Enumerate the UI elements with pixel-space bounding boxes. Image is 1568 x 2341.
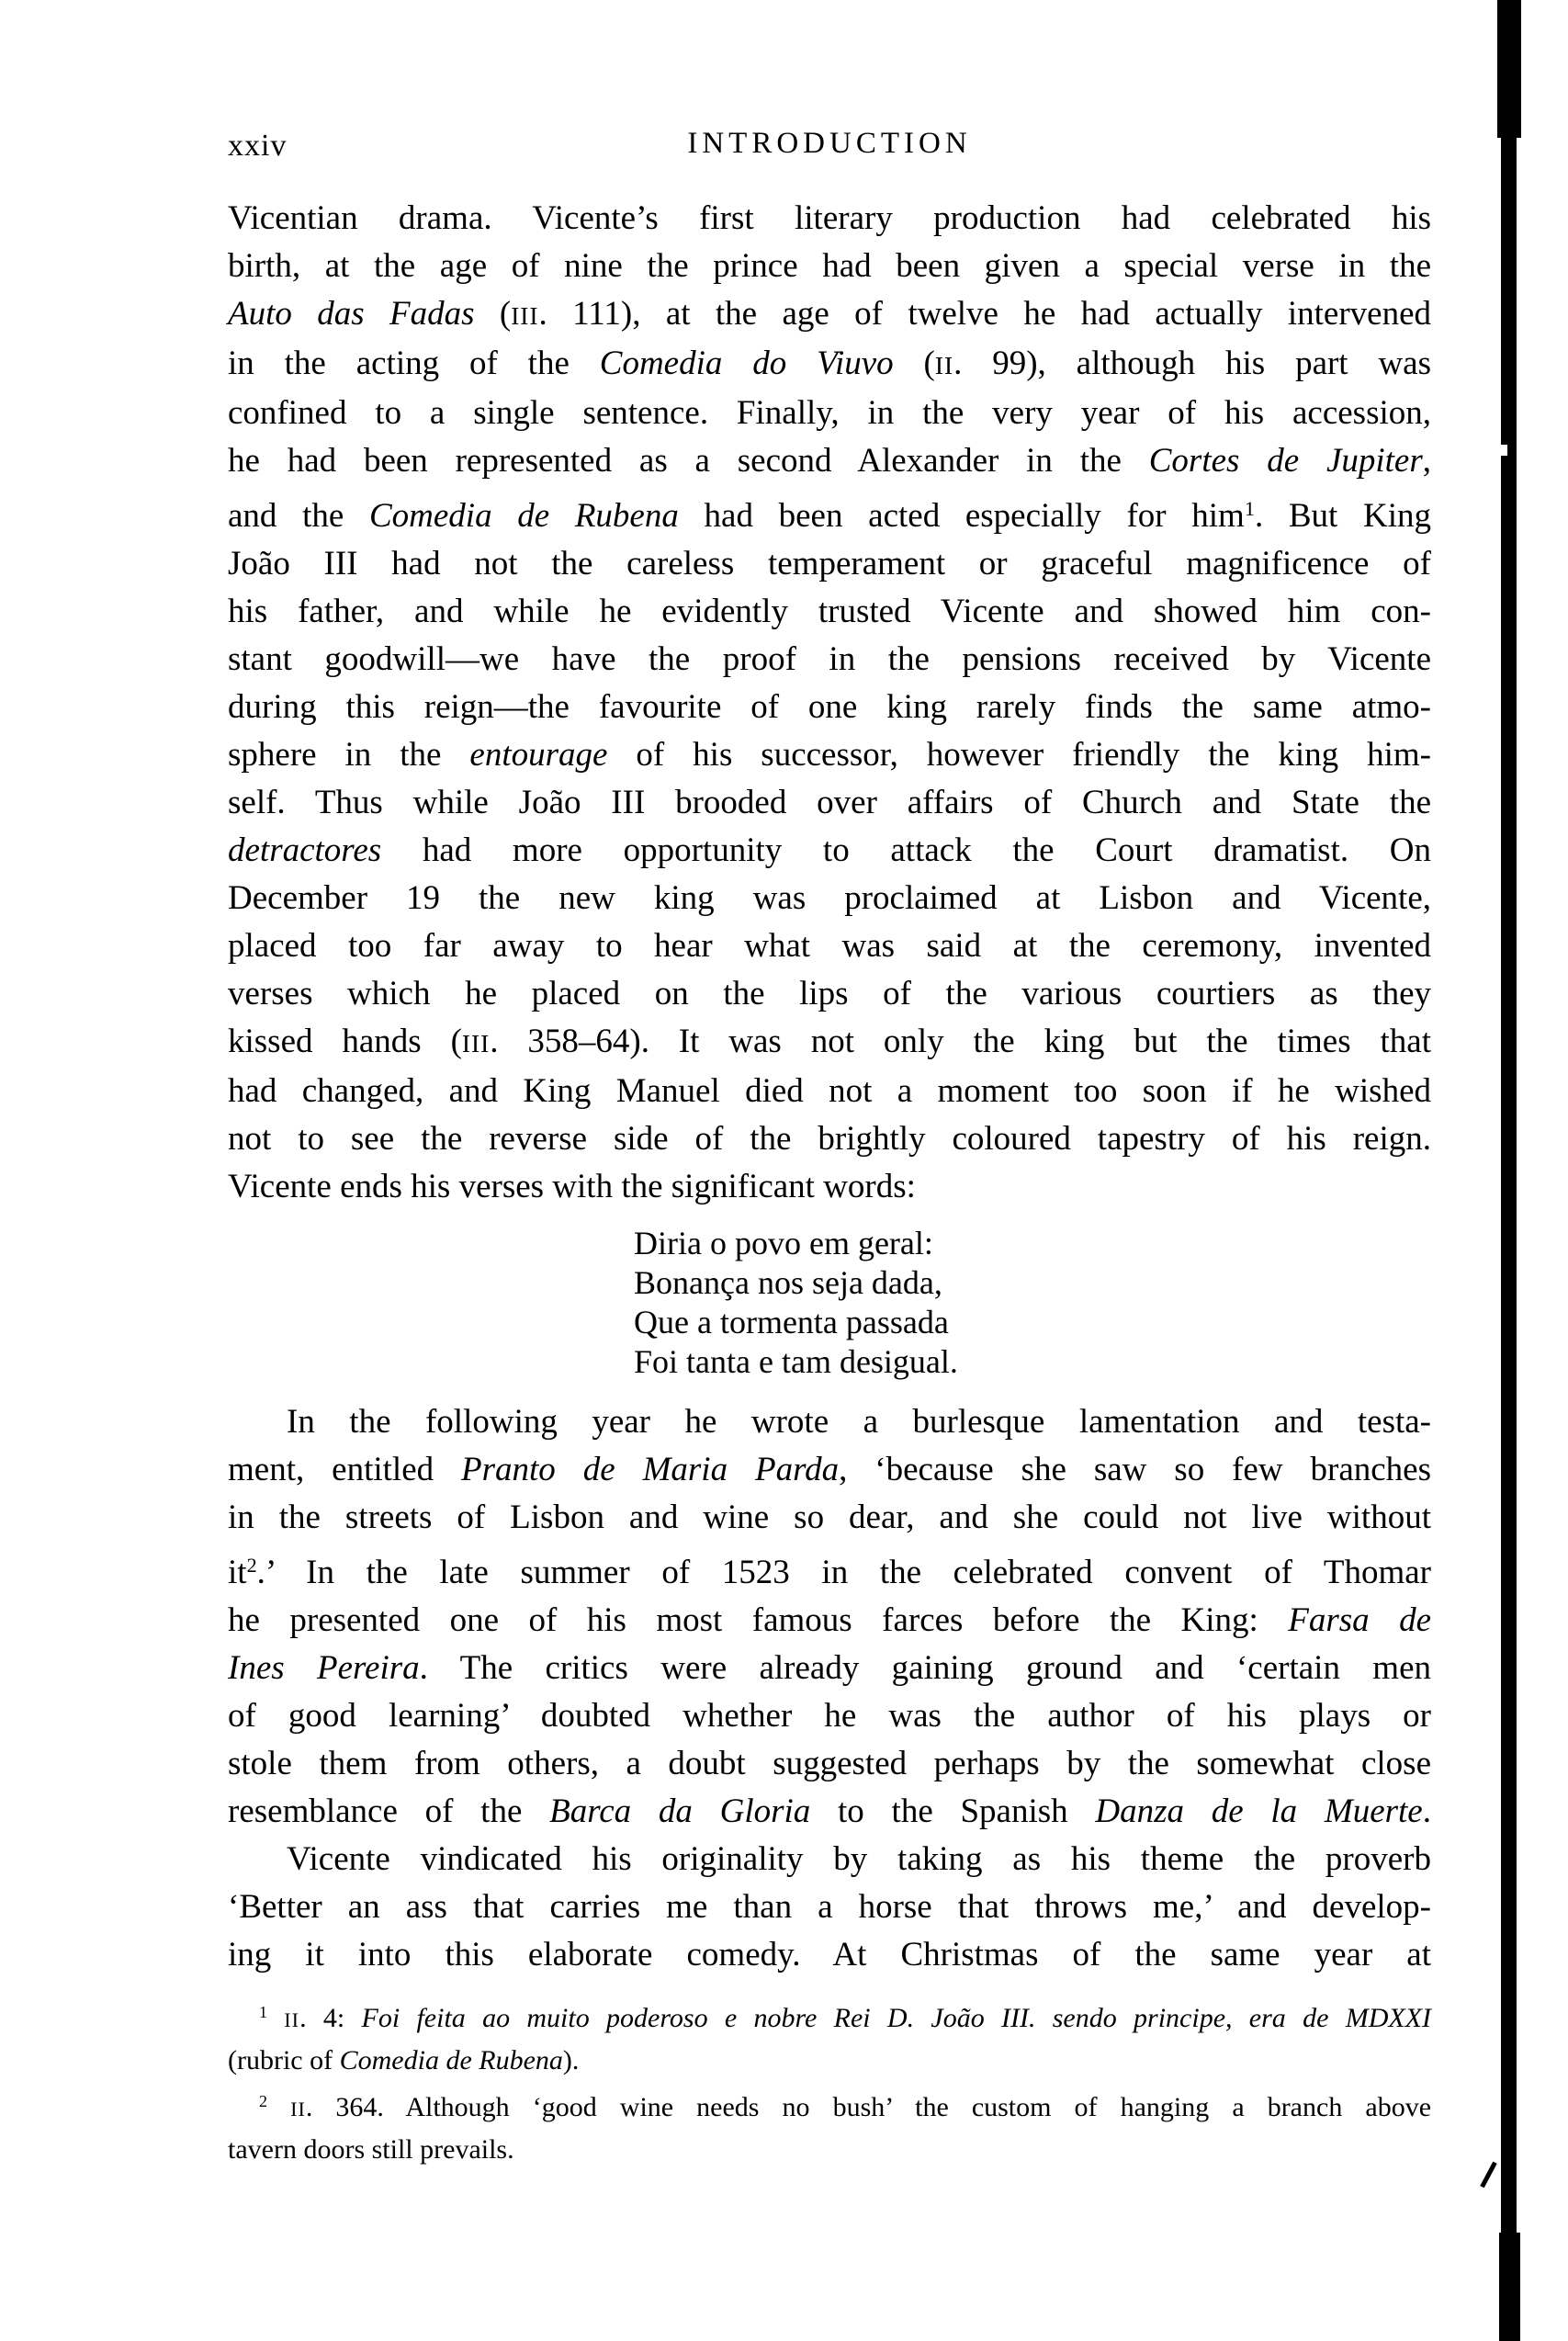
text-run: his father, and while he evidently trust… bbox=[228, 593, 1431, 630]
text-run: of his successor, however friendly the k… bbox=[607, 736, 1431, 774]
scan-edge-bar bbox=[1501, 0, 1517, 2341]
text-run: , bbox=[1423, 442, 1431, 480]
text-run: resemblance of the bbox=[228, 1793, 549, 1830]
text-line: and the Comedia de Rubena had been acted… bbox=[228, 485, 1431, 540]
text-run: he presented one of his most famous farc… bbox=[228, 1601, 1288, 1639]
page-number: xxiv bbox=[228, 129, 287, 164]
paragraph: In the following year he wrote a burlesq… bbox=[228, 1398, 1431, 1836]
text-run: had more opportunity to attack the Court… bbox=[381, 831, 1431, 869]
text-line: ment, entitled Pranto de Maria Parda, ‘b… bbox=[228, 1446, 1431, 1494]
text-run: ing it into this elaborate comedy. At Ch… bbox=[228, 1936, 1431, 1973]
text-run: to the Spanish bbox=[810, 1793, 1095, 1830]
text-line: (rubric of Comedia de Rubena). bbox=[228, 2041, 1431, 2081]
italic-text: Comedia do Viuvo bbox=[600, 345, 894, 382]
text-line: not to see the reverse side of the brigh… bbox=[228, 1115, 1431, 1163]
text-line: detractores had more opportunity to atta… bbox=[228, 827, 1431, 875]
scan-edge-bar-top bbox=[1497, 0, 1521, 138]
small-caps-text: II bbox=[290, 2098, 306, 2120]
text-run: . 358–64). It was not only the king but … bbox=[490, 1023, 1431, 1060]
text-run: of good learning’ doubted whether he was… bbox=[228, 1697, 1431, 1735]
text-line: Bonança nos seja dada, bbox=[634, 1263, 1431, 1303]
text-run: ( bbox=[894, 345, 935, 382]
text-run: In the following year he wrote a burlesq… bbox=[287, 1403, 1431, 1441]
paragraph: Vicentian drama. Vicente’s first literar… bbox=[228, 195, 1431, 1211]
text-run: self. Thus while João III brooded over a… bbox=[228, 784, 1431, 821]
text-run bbox=[267, 2092, 290, 2122]
text-run: .’ In the late summer of 1523 in the cel… bbox=[257, 1554, 1431, 1591]
text-line: Vicentian drama. Vicente’s first literar… bbox=[228, 195, 1431, 243]
text-run: had been acted especially for him bbox=[679, 497, 1245, 535]
italic-text: Comedia de Rubena bbox=[340, 2045, 563, 2075]
text-run: . bbox=[1423, 1793, 1431, 1830]
scan-noise-mark bbox=[1480, 2162, 1496, 2188]
footnote-marker: 2 bbox=[259, 2092, 267, 2110]
text-run: December 19 the new king was proclaimed … bbox=[228, 879, 1431, 917]
text-line: sphere in the entourage of his successor… bbox=[228, 731, 1431, 779]
small-caps-text: II bbox=[935, 352, 953, 379]
text-run: João III had not the careless temperamen… bbox=[228, 545, 1431, 582]
text-run: Que a tormenta passada bbox=[634, 1304, 949, 1340]
text-line: had changed, and King Manuel died not a … bbox=[228, 1068, 1431, 1115]
text-run: Vicente vindicated his originality by ta… bbox=[287, 1840, 1431, 1878]
page-header: xxiv INTRODUCTION bbox=[228, 127, 1431, 173]
text-line: stant goodwill—we have the proof in the … bbox=[228, 636, 1431, 684]
italic-text: detractores bbox=[228, 831, 381, 869]
text-run: . But King bbox=[1255, 497, 1431, 535]
scan-edge-bar-bottom bbox=[1499, 2233, 1520, 2341]
text-run: ‘Better an ass that carries me than a ho… bbox=[228, 1888, 1431, 1926]
text-line: confined to a single sentence. Finally, … bbox=[228, 390, 1431, 437]
italic-text: Danza de la Muerte bbox=[1095, 1793, 1422, 1830]
text-run: he had been represented as a second Alex… bbox=[228, 442, 1149, 480]
text-line: his father, and while he evidently trust… bbox=[228, 588, 1431, 636]
text-run: Foi tanta e tam desigual. bbox=[634, 1343, 958, 1380]
text-run: in the streets of Lisbon and wine so dea… bbox=[228, 1498, 1431, 1536]
text-run: and the bbox=[228, 497, 369, 535]
text-run: ). bbox=[563, 2045, 580, 2075]
text-column: Vicentian drama. Vicente’s first literar… bbox=[228, 195, 1431, 2170]
text-run: tavern doors still prevails. bbox=[228, 2134, 514, 2165]
text-line: of good learning’ doubted whether he was… bbox=[228, 1692, 1431, 1740]
footnote-marker: 2 bbox=[247, 1554, 257, 1577]
text-run: . The critics were already gaining groun… bbox=[420, 1649, 1431, 1687]
verse-block: Diria o povo em geral:Bonança nos seja d… bbox=[634, 1224, 1431, 1382]
running-head: INTRODUCTION bbox=[228, 127, 1431, 161]
text-line: resemblance of the Barca da Gloria to th… bbox=[228, 1788, 1431, 1836]
italic-text: Farsa de bbox=[1288, 1601, 1431, 1639]
text-run: sphere in the bbox=[228, 736, 469, 774]
text-run: confined to a single sentence. Finally, … bbox=[228, 394, 1431, 432]
text-run: not to see the reverse side of the brigh… bbox=[228, 1120, 1431, 1158]
small-caps-text: III bbox=[462, 1030, 490, 1057]
text-line: self. Thus while João III brooded over a… bbox=[228, 779, 1431, 827]
text-line: he presented one of his most famous farc… bbox=[228, 1597, 1431, 1645]
text-run: it bbox=[228, 1554, 247, 1591]
text-line: Foi tanta e tam desigual. bbox=[634, 1342, 1431, 1382]
text-line: in the acting of the Comedia do Viuvo (I… bbox=[228, 340, 1431, 390]
text-line: Diria o povo em geral: bbox=[634, 1224, 1431, 1263]
text-run: Vicente ends his verses with the signifi… bbox=[228, 1168, 916, 1205]
text-line: Vicente ends his verses with the signifi… bbox=[228, 1163, 1431, 1211]
italic-text: Cortes de Jupiter bbox=[1149, 442, 1423, 480]
text-line: verses which he placed on the lips of th… bbox=[228, 970, 1431, 1018]
text-line: placed too far away to hear what was sai… bbox=[228, 922, 1431, 970]
text-line: birth, at the age of nine the prince had… bbox=[228, 243, 1431, 290]
text-run: kissed hands ( bbox=[228, 1023, 462, 1060]
text-run: Vicentian drama. Vicente’s first literar… bbox=[228, 199, 1431, 237]
text-run bbox=[267, 2003, 284, 2033]
text-run: . 111), at the age of twelve he had actu… bbox=[539, 295, 1431, 333]
text-run: verses which he placed on the lips of th… bbox=[228, 975, 1431, 1012]
text-run: placed too far away to hear what was sai… bbox=[228, 927, 1431, 965]
italic-text: Barca da Gloria bbox=[549, 1793, 810, 1830]
text-line: João III had not the careless temperamen… bbox=[228, 540, 1431, 588]
text-run: , ‘because she saw so few branches bbox=[839, 1451, 1431, 1488]
italic-text: Ines Pereira bbox=[228, 1649, 420, 1687]
italic-text: Comedia de Rubena bbox=[369, 497, 679, 535]
italic-text: Pranto de Maria Parda bbox=[461, 1451, 839, 1488]
text-line: Vicente vindicated his originality by ta… bbox=[228, 1836, 1431, 1883]
paragraph: Vicente vindicated his originality by ta… bbox=[228, 1836, 1431, 1979]
text-line: kissed hands (III. 358–64). It was not o… bbox=[228, 1018, 1431, 1068]
footnote-marker: 1 bbox=[1245, 497, 1255, 520]
small-caps-text: II bbox=[284, 2008, 299, 2031]
text-run: in the acting of the bbox=[228, 345, 600, 382]
italic-text: Auto das Fadas bbox=[228, 295, 475, 333]
text-run: Bonança nos seja dada, bbox=[634, 1264, 942, 1301]
footnotes-block: 1 II. 4: Foi feita ao muito poderoso e n… bbox=[228, 1992, 1431, 2170]
book-page: xxiv INTRODUCTION Vicentian drama. Vicen… bbox=[0, 0, 1568, 2341]
text-run: birth, at the age of nine the prince had… bbox=[228, 247, 1431, 285]
small-caps-text: III bbox=[511, 302, 538, 330]
text-run: ment, entitled bbox=[228, 1451, 461, 1488]
text-line: stole them from others, a doubt suggeste… bbox=[228, 1740, 1431, 1788]
text-line: ing it into this elaborate comedy. At Ch… bbox=[228, 1931, 1431, 1979]
text-line: in the streets of Lisbon and wine so dea… bbox=[228, 1494, 1431, 1542]
text-line: Que a tormenta passada bbox=[634, 1303, 1431, 1342]
text-line: during this reign—the favourite of one k… bbox=[228, 684, 1431, 731]
text-line: ‘Better an ass that carries me than a ho… bbox=[228, 1883, 1431, 1931]
text-run: ( bbox=[475, 295, 512, 333]
text-run: stant goodwill—we have the proof in the … bbox=[228, 640, 1431, 678]
text-line: In the following year he wrote a burlesq… bbox=[228, 1398, 1431, 1446]
italic-text: Foi feita ao muito poderoso e nobre Rei … bbox=[362, 2003, 1431, 2033]
text-line: tavern doors still prevails. bbox=[228, 2130, 1431, 2170]
text-line: December 19 the new king was proclaimed … bbox=[228, 875, 1431, 922]
text-line: it2.’ In the late summer of 1523 in the … bbox=[228, 1542, 1431, 1597]
footnote-marker: 1 bbox=[259, 2003, 267, 2021]
text-line: Ines Pereira. The critics were already g… bbox=[228, 1645, 1431, 1692]
text-run: . 4: bbox=[299, 2003, 361, 2033]
text-run: . 99), although his part was bbox=[953, 345, 1431, 382]
text-line: 2 II. 364. Although ‘good wine needs no … bbox=[228, 2081, 1431, 2130]
scan-edge-notch bbox=[1501, 445, 1507, 456]
italic-text: entourage bbox=[469, 736, 607, 774]
text-line: 1 II. 4: Foi feita ao muito poderoso e n… bbox=[228, 1992, 1431, 2041]
text-run: had changed, and King Manuel died not a … bbox=[228, 1072, 1431, 1110]
text-run: . 364. Although ‘good wine needs no bush… bbox=[306, 2092, 1431, 2122]
text-line: he had been represented as a second Alex… bbox=[228, 437, 1431, 485]
text-line: Auto das Fadas (III. 111), at the age of… bbox=[228, 290, 1431, 340]
text-run: (rubric of bbox=[228, 2045, 340, 2075]
text-run: during this reign—the favourite of one k… bbox=[228, 688, 1431, 726]
text-run: stole them from others, a doubt suggeste… bbox=[228, 1745, 1431, 1782]
text-run: Diria o povo em geral: bbox=[634, 1225, 933, 1261]
